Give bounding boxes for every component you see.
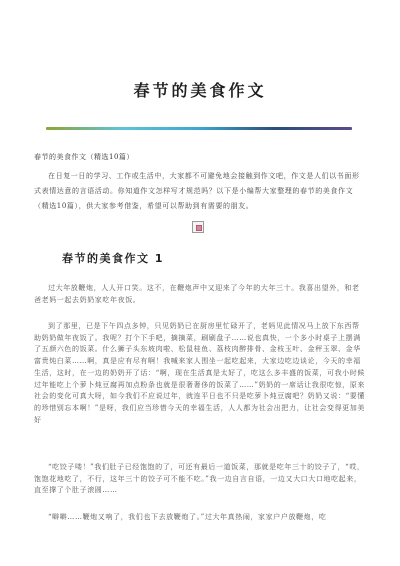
document-title: 春节的美食作文 xyxy=(0,78,400,101)
document-page: 春节的美食作文 春节的美食作文（精选10篇） 在日复一日的学习、工作或生活中，大… xyxy=(0,0,400,566)
body-paragraph: 过大年放鞭炮，人人开口笑。这不，在鞭炮声中又迎来了今年的大年三十。我喜出望外，和… xyxy=(34,283,366,306)
broken-image-icon[interactable] xyxy=(192,221,204,233)
body-paragraph: “噼噼……鞭炮又响了，我们也下去放鞭炮了。”过大年真热闹，家家户户放鞭炮，吃 xyxy=(34,512,366,524)
section-heading: 春节的美食作文 1 xyxy=(62,250,164,266)
intro-paragraph: 在日复一日的学习、工作或生活中，大家都不可避免地会接触到作文吧，作文是人们以书面… xyxy=(34,169,364,214)
gradient-divider xyxy=(46,127,352,130)
body-paragraph: 到了那里，已是下午四点多钟，只见奶奶已在厨房里忙碌开了，老妈见此情况马上放下东西… xyxy=(34,321,366,426)
document-subtitle: 春节的美食作文（精选10篇） xyxy=(34,152,134,162)
body-paragraph: “吃饺子喽！”我们肚子已经饱饱的了，可还有最后一道饭菜，那就是吃年三十的饺子了，… xyxy=(34,462,366,497)
